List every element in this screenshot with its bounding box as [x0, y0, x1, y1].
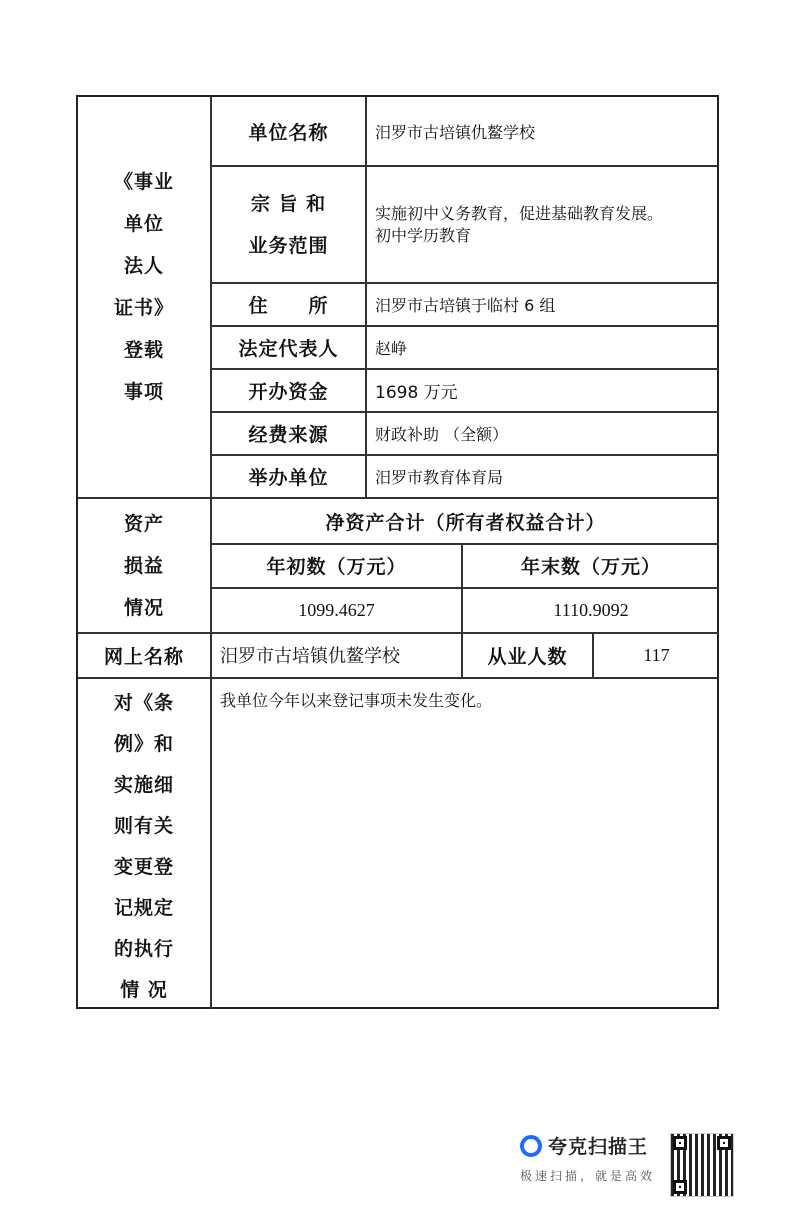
- annual-report-table: 《事业 单位 法人 证书》 登载 事项 单位名称 汨罗市古培镇仇鳌学校 宗 旨 …: [76, 95, 719, 1009]
- capital-value: 1698 万元: [367, 369, 719, 411]
- legal-rep-label: 法定代表人: [212, 326, 365, 368]
- label-line: 资产: [124, 503, 164, 545]
- label-line: 情况: [124, 587, 164, 629]
- label-line: 变更登: [114, 847, 174, 888]
- begin-year-value: 1099.4627: [212, 588, 461, 632]
- legal-rep-value: 赵峥: [367, 326, 719, 368]
- label-line: 的执行: [114, 929, 174, 970]
- registration-section-label: 《事业 单位 法人 证书》 登载 事项: [78, 137, 210, 437]
- address-value: 汨罗市古培镇于临村 6 组: [367, 283, 719, 325]
- brand-slogan: 极速扫描，就是高效: [520, 1167, 655, 1184]
- label-line: 则有关: [114, 806, 174, 847]
- value-line: 初中学历教育: [375, 225, 471, 247]
- label-line: 宗 旨 和: [251, 183, 326, 225]
- staff-count-label: 从业人数: [463, 633, 592, 677]
- label-line: 登载: [124, 329, 164, 371]
- changes-section-label: 对《条 例》和 实施细 则有关 变更登 记规定 的执行 情 况: [78, 679, 210, 1009]
- label-line: 实施细: [114, 765, 174, 806]
- online-name-value: 汨罗市古培镇仇鳌学校: [212, 633, 461, 677]
- label-line: 记规定: [114, 888, 174, 929]
- value-line: 实施初中义务教育，促进基础教育发展。: [375, 203, 663, 225]
- quark-logo-icon: [520, 1135, 542, 1157]
- label-line: 法人: [124, 245, 164, 287]
- purpose-label: 宗 旨 和 业务范围: [212, 167, 365, 282]
- qr-code-icon: [670, 1133, 734, 1197]
- scanner-watermark: 夸克扫描王 极速扫描，就是高效: [520, 1132, 655, 1184]
- changes-value: 我单位今年以来登记事项未发生变化。: [212, 679, 719, 719]
- net-assets-header: 净资产合计（所有者权益合计）: [212, 499, 719, 543]
- purpose-value: 实施初中义务教育，促进基础教育发展。 初中学历教育: [367, 167, 719, 282]
- label-line: 证书》: [114, 287, 174, 329]
- unit-name-value: 汨罗市古培镇仇鳌学校: [367, 97, 719, 165]
- brand-name: 夸克扫描王: [548, 1132, 648, 1159]
- sponsor-value: 汨罗市教育体育局: [367, 455, 719, 497]
- label-line: 情 况: [120, 970, 168, 1011]
- end-year-label: 年末数（万元）: [463, 544, 719, 587]
- address-label: 住 所: [212, 283, 365, 325]
- label-line: 业务范围: [248, 225, 328, 267]
- label-line: 损益: [124, 545, 164, 587]
- label-line: 对《条: [114, 683, 174, 724]
- funding-source-value: 财政补助 （全额）: [367, 412, 719, 454]
- unit-name-label: 单位名称: [212, 97, 365, 165]
- label-line: 事项: [124, 371, 164, 413]
- staff-count-value: 117: [594, 633, 719, 677]
- assets-section-label: 资产 损益 情况: [78, 499, 210, 632]
- label-line: 《事业: [114, 161, 174, 203]
- capital-label: 开办资金: [212, 369, 365, 411]
- begin-year-label: 年初数（万元）: [212, 544, 461, 587]
- label-line: 例》和: [114, 724, 174, 765]
- sponsor-label: 举办单位: [212, 455, 365, 497]
- label-line: 单位: [124, 203, 164, 245]
- end-year-value: 1110.9092: [463, 588, 719, 632]
- funding-source-label: 经费来源: [212, 412, 365, 454]
- online-name-label: 网上名称: [78, 633, 210, 677]
